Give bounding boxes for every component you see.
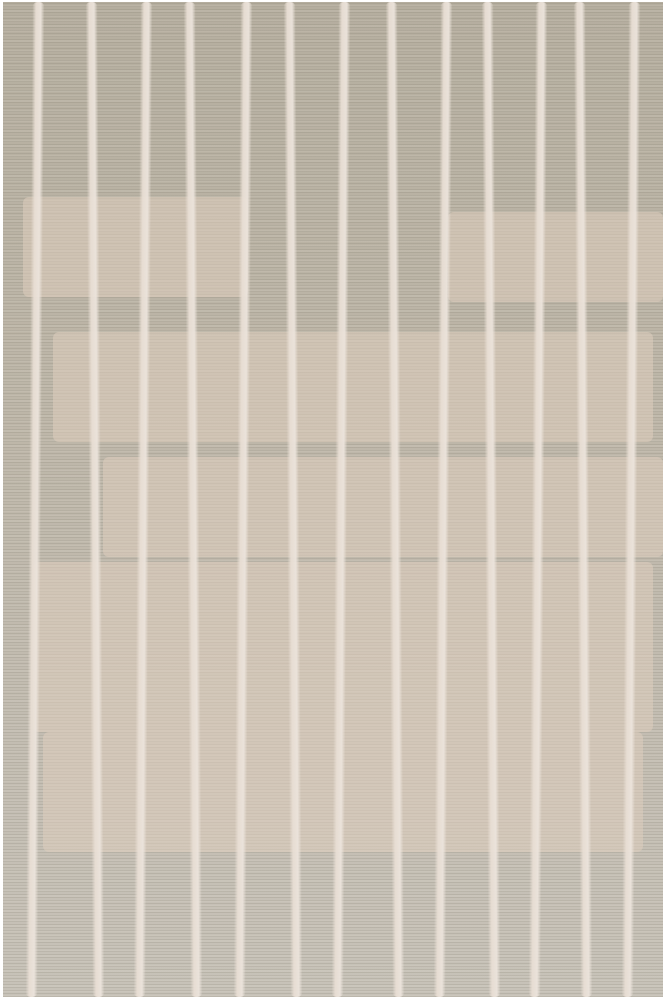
rug-patch [23,197,248,297]
rug-photo [3,2,663,997]
rug-stripe [26,2,45,997]
